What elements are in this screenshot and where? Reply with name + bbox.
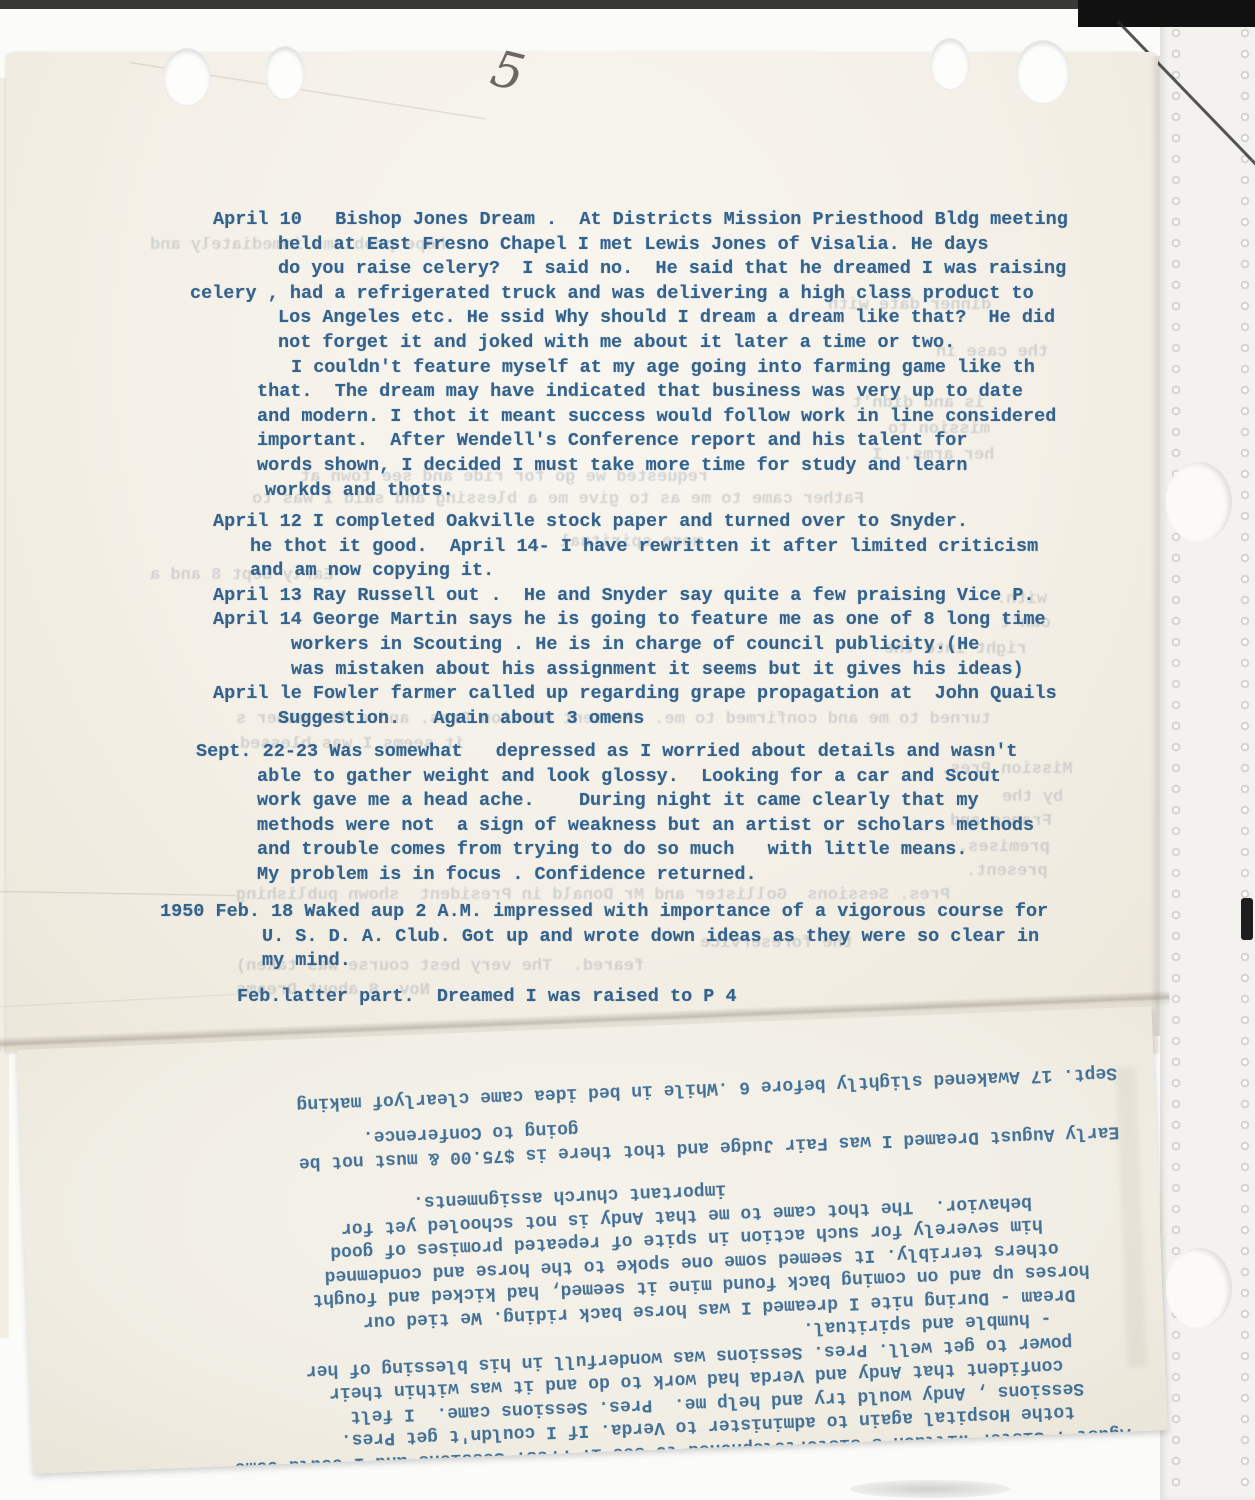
typed-line: celery , had a refrigerated truck and wa… — [0, 282, 1160, 307]
typed-line: methods were not a sign of weakness but … — [0, 814, 1160, 839]
typed-line: work gave me a head ache. During night i… — [0, 789, 1160, 814]
typed-line: and am now copying it. — [0, 559, 1160, 584]
typed-line: do you raise celery? I said no. He said … — [0, 257, 1160, 282]
typed-line: I couldn't feature myself at my age goin… — [0, 356, 1160, 381]
typed-line: Los Angeles etc. He ssid Why should I dr… — [0, 306, 1160, 331]
upside-down-text-block: Agust : Sister Willden's sistertelephone… — [57, 1060, 1131, 1474]
typed-line: words shown, I decided I must take more … — [0, 454, 1160, 479]
typed-line: 1950 Feb. 18 Waked aup 2 A.M. impressed … — [0, 900, 1160, 925]
folded-sheet-upside-down: Agust : Sister Willden's sistertelephone… — [17, 1006, 1167, 1473]
scanned-journal-page: hope problems immediately anddinner date… — [0, 0, 1255, 1500]
typed-line: April 14 George Martin says he is going … — [0, 608, 1160, 633]
typed-line: April 13 Ray Russell out . He and Snyder… — [0, 584, 1160, 609]
typed-line: April 12 I completed Oakville stock pape… — [0, 510, 1160, 535]
entry-1950-feb-18: 1950 Feb. 18 Waked aup 2 A.M. impressed … — [0, 900, 1160, 974]
typed-line: not forget it and joked with me about it… — [0, 331, 1160, 356]
punch-hole — [930, 38, 970, 90]
typed-line: April 10 Bishop Jones Dream . At Distric… — [0, 208, 1160, 233]
typed-line: April le Fowler farmer called up regardi… — [0, 682, 1160, 707]
typed-line: that. The dream may have indicated that … — [0, 380, 1160, 405]
punch-hole — [265, 46, 305, 100]
typed-line: he thot it good. April 14- I have rewrit… — [0, 535, 1160, 560]
typed-line: Sept. 22-23 Was somewhat depressed as I … — [0, 740, 1160, 765]
entry-sept-22-23: Sept. 22-23 Was somewhat depressed as I … — [0, 740, 1160, 888]
typed-line: held at East Fresno Chapel I met Lewis J… — [0, 233, 1160, 258]
entry-april-12-to-16: April 12 I completed Oakville stock pape… — [0, 510, 1160, 731]
typed-line: able to gather weight and look glossy. L… — [0, 765, 1160, 790]
scanner-shadow-blob — [850, 1480, 1010, 1498]
typed-line: My problem is in focus . Confidence retu… — [0, 863, 1160, 888]
typed-line: was mistaken about his assignment it see… — [0, 658, 1160, 683]
typed-line: and modern. I thot it meant success woul… — [0, 405, 1160, 430]
typed-line: my mind. — [0, 949, 1160, 974]
punch-hole — [163, 48, 211, 106]
typed-line: workds and thots. — [0, 479, 1160, 504]
typed-line: workers in Scouting . He is in charge of… — [0, 633, 1160, 658]
punch-hole — [1016, 40, 1070, 104]
typed-line: and trouble comes from trying to do so m… — [0, 838, 1160, 863]
typed-line: important. After Wendell's Conference re… — [0, 429, 1160, 454]
typed-line: Suggestion. Again about 3 omens — [0, 707, 1160, 732]
typed-line: U. S. D. A. Club. Got up and wrote down … — [0, 925, 1160, 950]
binder-hole-notch — [1166, 1248, 1232, 1328]
entry-april-10: April 10 Bishop Jones Dream . At Distric… — [0, 208, 1160, 503]
